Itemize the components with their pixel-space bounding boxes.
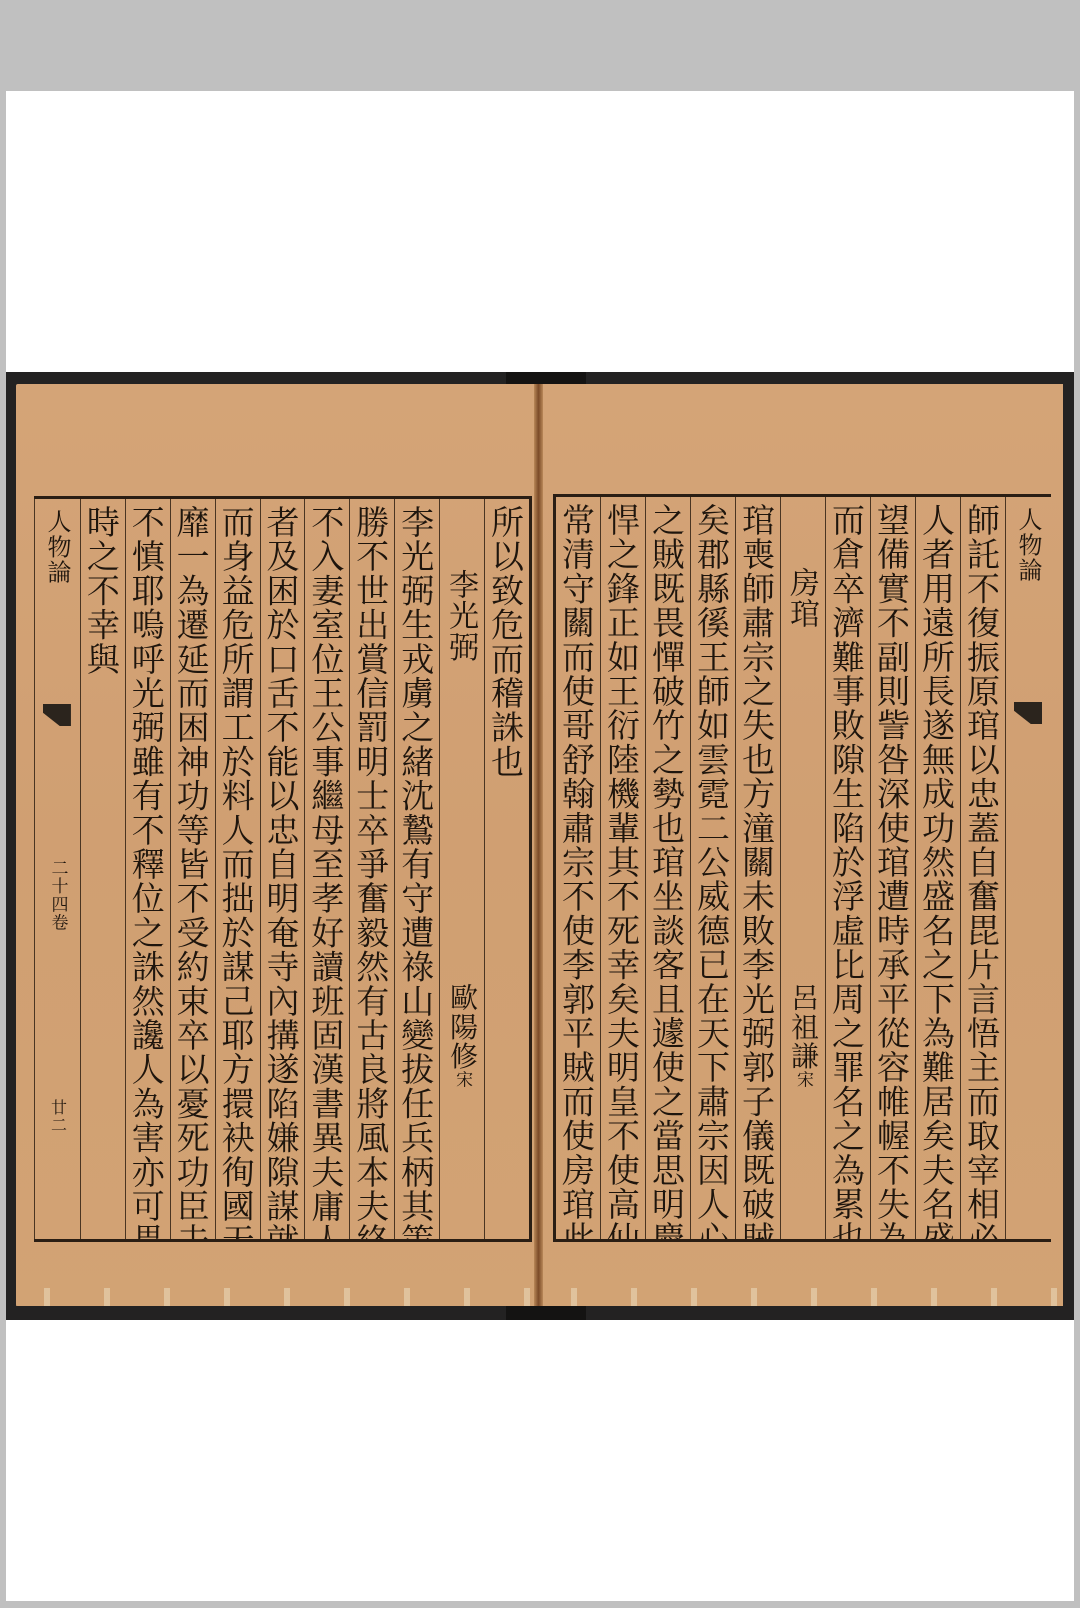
text-column: 不慎耶嗚呼光弼雖有不釋位之誅然讒人為害亦可畏矣將 bbox=[125, 499, 170, 1239]
text-column: 琯喪師肅宗之失也方潼關未敗李光弼郭子儀既破賊有功 bbox=[735, 497, 780, 1239]
right-text-block: 人物論 師託不復振原琯以忠蓋自奮毘片言悟主而取宰相必有以過 人者用遠所長遂無成功… bbox=[553, 494, 1051, 1242]
fish-tail-mark-icon bbox=[1014, 702, 1042, 724]
book-gutter bbox=[534, 384, 543, 1306]
text-column: 望備實不副則訾咎深使琯遭時承平從容帷幄不失為名宰 bbox=[870, 497, 915, 1239]
section-dynasty: 宋 bbox=[793, 1071, 813, 1089]
section-author-line: 呂祖謙宋 bbox=[780, 983, 825, 1089]
left-page: 所以致危而稽誅也 李光弼 歐陽修宋 李光弼生戎虜之緒沈鷙有守遭祿山變拔任兵柄其策… bbox=[16, 384, 541, 1306]
worn-page-edge bbox=[16, 1288, 541, 1306]
worn-page-edge bbox=[543, 1288, 1063, 1306]
book-heart-margin-right: 人物論 bbox=[1005, 497, 1051, 1239]
margin-title: 人物論 bbox=[43, 509, 71, 585]
book-scan: 所以致危而稽誅也 李光弼 歐陽修宋 李光弼生戎虜之緒沈鷙有守遭祿山變拔任兵柄其策… bbox=[6, 372, 1074, 1320]
section-author-line: 歐陽修宋 bbox=[439, 983, 484, 1089]
section-dynasty: 宋 bbox=[452, 1071, 472, 1089]
text-column: 而身益危所謂工於料人而拙於謀己耶方擐袂徇國天下風 bbox=[215, 499, 260, 1239]
text-column: 矣郡縣徯王師如雲霓二公威德已在天下肅宗因人心以將 bbox=[690, 497, 735, 1239]
text-column: 靡一為遷延而困神功等皆不受約束卒以憂死功臣去就可 bbox=[170, 499, 215, 1239]
text-column: 勝不世出賞信罰明士卒爭奮毅然有古良將風本夫終父喪 bbox=[349, 499, 394, 1239]
section-title: 房琯 bbox=[784, 567, 819, 629]
margin-title: 人物論 bbox=[1014, 507, 1042, 583]
section-title: 李光弼 bbox=[443, 569, 478, 663]
section-heading: 房琯 呂祖謙宋 bbox=[780, 497, 825, 1239]
page-number: 廿二 bbox=[34, 1099, 80, 1133]
volume-label: 二十四卷 bbox=[34, 859, 80, 932]
text-column: 而倉卒濟難事敗隙生陷於浮虛比周之罪名之為累也戒哉 bbox=[825, 497, 870, 1239]
text-column: 之賊既畏憚破竹之勢也琯坐談客且遽使之當思明慶緒剽 bbox=[645, 497, 690, 1239]
text-column: 所以致危而稽誅也 bbox=[484, 499, 529, 1239]
left-text-block: 所以致危而稽誅也 李光弼 歐陽修宋 李光弼生戎虜之緒沈鷙有守遭祿山變拔任兵柄其策… bbox=[34, 496, 532, 1242]
section-author: 歐陽修 bbox=[446, 983, 479, 1071]
text-column: 者及困於口舌不能以忠自明奄寺內搆遂陷嫌隙謀就全安 bbox=[260, 499, 305, 1239]
text-column: 不入妻室位王公事繼母至孝好讀班固漢書異夫庸人武夫 bbox=[304, 499, 349, 1239]
fish-tail-mark-icon bbox=[43, 704, 71, 726]
book-heart-margin: 人物論 二十四卷 廿二 bbox=[34, 499, 80, 1239]
section-heading: 李光弼 歐陽修宋 bbox=[439, 499, 484, 1239]
text-column: 李光弼生戎虜之緒沈鷙有守遭祿山變拔任兵柄其策敵制 bbox=[394, 499, 439, 1239]
section-author: 呂祖謙 bbox=[787, 983, 820, 1071]
text-column: 常清守關而使哥舒翰肅宗不使李郭平賊而使房琯此安史 bbox=[556, 497, 600, 1239]
text-column: 師託不復振原琯以忠蓋自奮毘片言悟主而取宰相必有以過 bbox=[960, 497, 1005, 1239]
text-column: 悍之鋒正如王衍陸機輩其不死幸矣夫明皇不使高仙芝封 bbox=[600, 497, 645, 1239]
text-column: 人者用遠所長遂無成功然盛名之下為難居矣夫名盛則責 bbox=[915, 497, 960, 1239]
right-page: 人物論 師託不復振原琯以忠蓋自奮毘片言悟主而取宰相必有以過 人者用遠所長遂無成功… bbox=[543, 384, 1063, 1306]
text-column: 時之不幸與 bbox=[80, 499, 125, 1239]
